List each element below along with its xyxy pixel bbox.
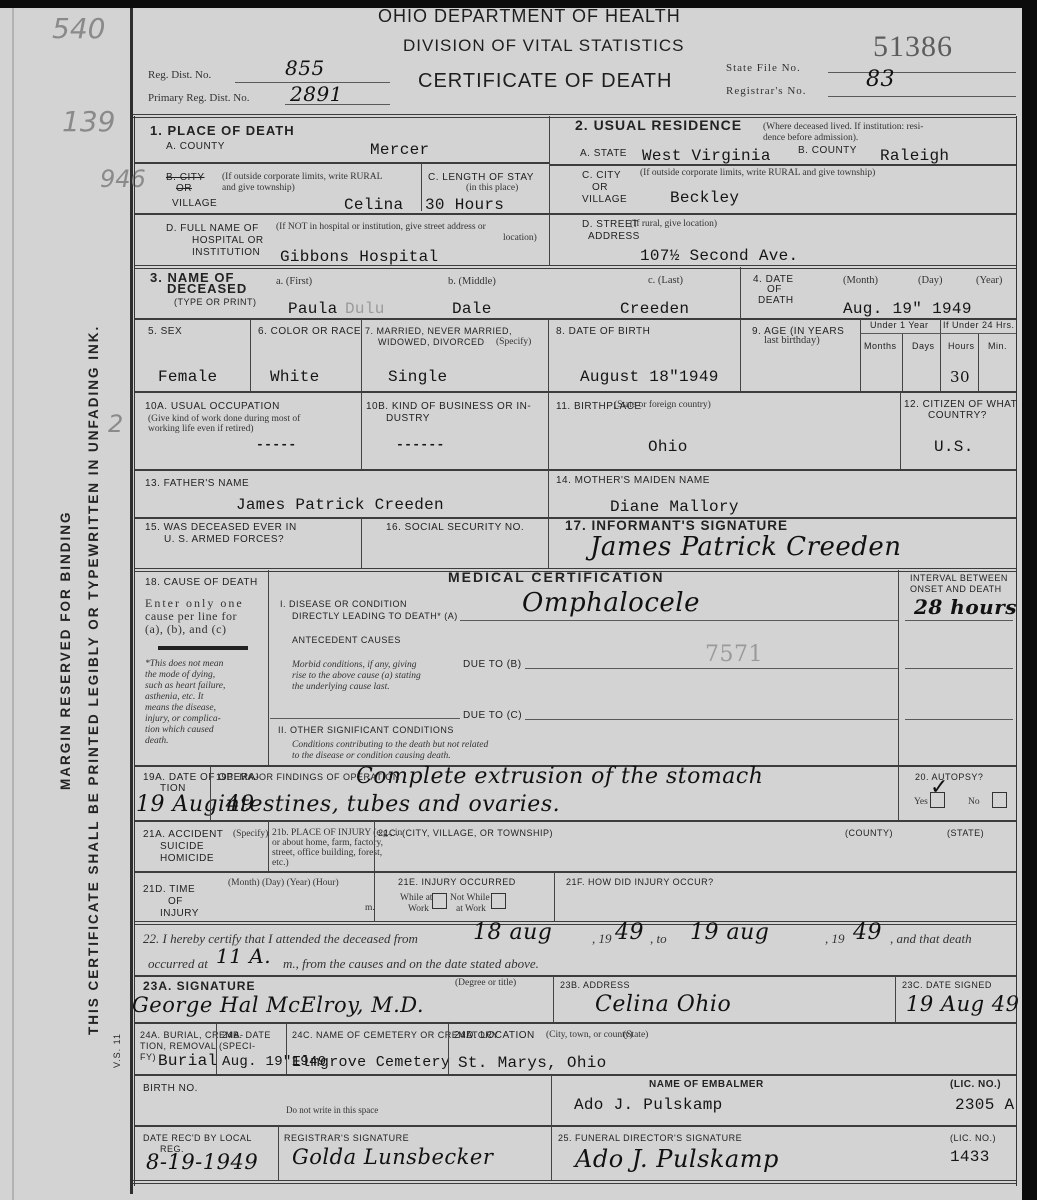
injury-time-columns: (Month) (Day) (Year) (Hour) (228, 878, 339, 888)
signature-label: 23a. SIGNATURE (143, 981, 255, 992)
occupation-note-2: working life even if retired) (148, 424, 254, 434)
accident-specify: (Specify) (233, 829, 268, 839)
footnote-line-7: tion which caused (145, 725, 214, 735)
cause-instr-3: (a), (b), and (c) (145, 624, 226, 634)
due-to-b-label: DUE TO (b) (463, 659, 522, 670)
residence-note-2: dence before admission). (763, 133, 858, 143)
cemetery-value: Elmgrove Cemetery (292, 1054, 450, 1071)
primary-reg-dist-label: Primary Reg. Dist. No. (148, 93, 249, 103)
date-signed-value: 19 Aug 49 (906, 992, 1019, 1016)
death-month-label: (Month) (843, 276, 878, 286)
autopsy-label: 20. AUTOPSY? (915, 772, 983, 783)
days-label: Days (912, 341, 935, 352)
age-label-2: last birthday) (764, 336, 820, 346)
birthplace-note: (State or foreign country) (614, 400, 711, 410)
disease-label-1: I. DISEASE OR CONDITION (280, 599, 407, 610)
pencil-number-4: 2 (108, 410, 123, 438)
interval-label-2: ONSET AND DEATH (910, 584, 1002, 595)
attended-from-year: 49 (615, 920, 644, 945)
divider-bar (158, 646, 248, 650)
while-at-work-checkbox[interactable] (432, 893, 447, 909)
last-name-value: Creeden (620, 300, 689, 318)
page-title: CERTIFICATE OF DEATH (418, 70, 672, 93)
citizen-label-2: COUNTRY? (928, 410, 987, 421)
armed-forces-label-1: 15. WAS DECEASED EVER IN (145, 522, 297, 533)
burial-type-label-3: fy) (140, 1052, 156, 1063)
footnote-line-1: *This does not mean (145, 659, 223, 669)
funeral-director-signature: Ado J. Pulskamp (575, 1145, 779, 1173)
residence-city-value: Beckley (670, 189, 739, 207)
place-of-injury-label-3: street, office building, forest, (272, 848, 382, 858)
attended-from-date: 18 aug (473, 920, 552, 945)
morbid-note-2: rise to the above cause (a) stating (292, 671, 421, 681)
injury-time-m: m. (365, 903, 375, 913)
registrar-number-label: Registrar's No. (726, 86, 807, 96)
primary-reg-dist-value: 2891 (290, 82, 343, 106)
marital-label-1: 7. MARRIED, NEVER MARRIED, (365, 326, 512, 337)
death-time-value: 11 A. (216, 944, 271, 968)
hospital-label-1: d. FULL NAME OF (166, 223, 259, 234)
length-of-stay-value: 30 Hours (425, 196, 504, 214)
burial-type-label-2: TION, REMOVAL (Speci- (140, 1041, 256, 1052)
business-label-1: 10b. KIND OF BUSINESS OR IN- (366, 401, 531, 412)
length-of-stay-label: c. LENGTH OF STAY (428, 172, 534, 183)
accident-label-3: HOMICIDE (160, 853, 214, 864)
autopsy-no-checkbox[interactable] (992, 792, 1007, 808)
first-name-faint: Dulu (345, 300, 385, 318)
race-value: White (270, 368, 320, 386)
accident-label-1: 21a. ACCIDENT (143, 829, 223, 840)
occupation-value: ----- (256, 437, 297, 452)
occupation-note-1: (Give kind of work done during most of (148, 414, 300, 424)
embalmer-value: Ado J. Pulskamp (574, 1096, 723, 1114)
hospital-note-2: location) (503, 233, 537, 243)
header-department: OHIO DEPARTMENT OF HEALTH (378, 6, 681, 27)
village-label: VILLAGE (172, 198, 217, 209)
margin-instruction-text: THIS CERTIFICATE SHALL BE PRINTED LEGIBL… (86, 325, 101, 1035)
injury-city-label: 21c. (CITY, VILLAGE, OR TOWNSHIP) (378, 828, 553, 839)
footnote-line-5: means the disease, (145, 703, 216, 713)
while-at-work-1: While at (400, 893, 432, 903)
business-value: ------ (396, 437, 445, 452)
armed-forces-label-2: U. S. ARMED FORCES? (164, 534, 284, 545)
hours-label: Hours (948, 341, 975, 352)
form-code: V.S. 11 (112, 1033, 122, 1068)
findings-line-1: Complete extrusion of the stomach (356, 764, 763, 789)
address-label: ADDRESS (588, 231, 640, 242)
certify-year-prefix-2: , 19 (825, 934, 845, 944)
antecedent-causes-label: ANTECEDENT CAUSES (292, 635, 401, 646)
hospital-label-2: HOSPITAL OR (192, 235, 264, 246)
cause-of-death-label: 18. CAUSE OF DEATH (145, 577, 258, 588)
sex-value: Female (158, 368, 217, 386)
pencil-number-2: 139 (62, 105, 115, 138)
cause-instr-2: cause per line for (145, 611, 237, 621)
certify-text-4: m., from the causes and on the date stat… (283, 959, 539, 969)
age-hours-value: 30 (950, 368, 970, 386)
birthplace-value: Ohio (648, 438, 688, 456)
injury-time-label-1: 21d. TIME (143, 884, 195, 895)
pencil-number-3: 946 (100, 165, 146, 193)
street-note: (If rural, give location) (630, 219, 717, 229)
reg-dist-label: Reg. Dist. No. (148, 70, 211, 80)
first-name-value: Paula (288, 300, 338, 318)
cause-instr-1: Enter only one (145, 598, 244, 608)
occupation-label: 10a. USUAL OCCUPATION (145, 401, 280, 412)
date-received-label-1: DATE REC'D BY LOCAL (143, 1133, 252, 1144)
father-name-value: James Patrick Creeden (236, 496, 444, 514)
residence-state-label: a. STATE (580, 148, 627, 159)
dob-value: August 18"1949 (580, 368, 719, 386)
not-while-at-work-checkbox[interactable] (491, 893, 506, 909)
embalmer-lic-label: (LIC. NO.) (950, 1079, 1001, 1090)
burial-location-value: St. Marys, Ohio (458, 1054, 607, 1072)
ssn-label: 16. SOCIAL SECURITY NO. (386, 522, 524, 533)
city-note-2: and give township) (222, 183, 295, 193)
margin-binding-text: MARGIN RESERVED FOR BINDING (58, 510, 73, 790)
date-signed-label: 23c. DATE SIGNED (902, 980, 992, 991)
embalmer-label: NAME OF EMBALMER (649, 1079, 764, 1090)
certify-text-1: 22. I hereby certify that I attended the… (143, 934, 418, 944)
funeral-lic-label: (LIC. NO.) (950, 1133, 996, 1144)
degree-label: (Degree or title) (455, 978, 516, 988)
accident-label-2: SUICIDE (160, 841, 204, 852)
date-received-value: 8-19-1949 (146, 1150, 258, 1174)
citizen-value: U.S. (934, 438, 974, 456)
funeral-lic-value: 1433 (950, 1148, 990, 1166)
morbid-note-3: the underlying cause last. (292, 682, 390, 692)
while-at-work-2: Work (408, 904, 429, 914)
date-of-death-label-3: DEATH (758, 295, 794, 306)
birth-no-label: BIRTH NO. (143, 1083, 198, 1094)
footnote-line-8: death. (145, 736, 168, 746)
death-year-label: (Year) (976, 276, 1002, 286)
dob-label: 8. DATE OF BIRTH (556, 326, 650, 337)
marital-label-2: WIDOWED, DIVORCED (378, 337, 485, 348)
burial-type-value: Burial (158, 1052, 217, 1070)
interval-value: 28 hours (914, 595, 1017, 619)
residence-village-label: VILLAGE (582, 194, 627, 205)
middle-name-value: Dale (452, 300, 492, 318)
due-to-c-label: DUE TO (c) (463, 710, 522, 721)
marital-specify: (Specify) (496, 337, 531, 347)
physician-signature: George Hal McElroy, M.D. (132, 993, 424, 1017)
city-label: b. CITY (166, 172, 205, 183)
medical-certification-heading: MEDICAL CERTIFICATION (448, 572, 664, 583)
registrar-signature: Golda Lunsbecker (292, 1145, 493, 1169)
pencil-number-1: 540 (52, 12, 105, 45)
informant-signature-label: 17. INFORMANT'S SIGNATURE (565, 520, 788, 531)
place-of-injury-label-2: or about home, farm, factory, (272, 838, 383, 848)
death-day-label: (Day) (918, 276, 943, 286)
funeral-director-label: 25. FUNERAL DIRECTOR'S SIGNATURE (558, 1133, 742, 1144)
certify-to: , to (650, 934, 667, 944)
certify-text-3: occurred at (148, 959, 208, 969)
city-or-label: OR (176, 183, 192, 194)
injury-time-label-2: OF (168, 896, 183, 907)
footnote-line-4: asthenia, etc. It (145, 692, 204, 702)
county-label: a. COUNTY (166, 141, 225, 152)
burial-location-label: 24d. LOCATION (454, 1030, 535, 1041)
burial-date-label: 24b. DATE (222, 1030, 271, 1041)
informant-signature: James Patrick Creeden (590, 532, 902, 562)
injury-county-label: (COUNTY) (845, 828, 893, 839)
residence-county-label: b. COUNTY (798, 145, 857, 156)
mother-maiden-name-label: 14. MOTHER'S MAIDEN NAME (556, 475, 710, 486)
findings-line-2: intestines, tubes and ovaries. (218, 792, 560, 817)
address-label: 23b. ADDRESS (560, 980, 630, 991)
registrar-signature-label: REGISTRAR'S SIGNATURE (284, 1133, 409, 1144)
burial-state-label: (State) (623, 1030, 648, 1040)
interval-label-1: INTERVAL BETWEEN (910, 573, 1008, 584)
usual-residence-heading: 2. USUAL RESIDENCE (575, 120, 742, 131)
injury-occurred-label: 21e. INJURY OCCURRED (398, 877, 516, 888)
reg-dist-value: 855 (285, 56, 325, 80)
residence-county-value: Raleigh (880, 147, 949, 165)
date-of-death-value: Aug. 19" 1949 (843, 300, 972, 318)
race-label: 6. COLOR OR RACE (258, 326, 361, 337)
attended-to-date: 19 aug (690, 920, 769, 945)
city-note-1: (If outside corporate limits, write RURA… (222, 172, 382, 182)
sex-label: 5. SEX (148, 326, 182, 337)
state-file-label: State File No. (726, 63, 801, 73)
other-conditions-label: II. OTHER SIGNIFICANT CONDITIONS (278, 725, 454, 736)
faint-number: 7571 (705, 642, 763, 667)
residence-city-note: (If outside corporate limits, write RURA… (640, 168, 875, 178)
name-heading-3: (TYPE OR PRINT) (174, 297, 257, 308)
residence-note-1: (Where deceased lived. If institution: r… (763, 122, 923, 132)
disease-label-2: DIRECTLY LEADING TO DEATH* (a) (292, 611, 458, 622)
place-of-injury-label-4: etc.) (272, 858, 289, 868)
do-not-write-note: Do not write in this space (286, 1105, 378, 1115)
injury-time-label-3: INJURY (160, 908, 199, 919)
autopsy-yes-label: Yes (914, 797, 928, 807)
residence-city-label: c. CITY (582, 170, 621, 181)
footnote-line-2: the mode of dying, (145, 670, 215, 680)
under-24-hrs-label: If Under 24 Hrs. (943, 320, 1015, 331)
hospital-note-1: (If NOT in hospital or institution, give… (276, 222, 486, 232)
business-label-2: DUSTRY (386, 413, 430, 424)
death-city-value: Celina (344, 196, 403, 214)
footnote-line-3: such as heart failure, (145, 681, 225, 691)
mother-maiden-name-value: Diane Mallory (610, 498, 739, 516)
how-injury-occur-label: 21f. HOW DID INJURY OCCUR? (566, 877, 714, 888)
under-1-year-label: Under 1 Year (870, 320, 929, 331)
certify-text-2: , and that death (890, 934, 972, 944)
attended-to-year: 49 (853, 920, 882, 945)
place-of-death-heading: 1. PLACE OF DEATH (150, 125, 295, 136)
header-division: DIVISION OF VITAL STATISTICS (403, 36, 684, 56)
autopsy-no-label: No (968, 797, 980, 807)
first-name-label: a. (First) (276, 277, 312, 287)
not-while-at-work-2: at Work (456, 904, 486, 914)
burial-location-note: (City, town, or county) (546, 1030, 633, 1040)
date-of-death-label-2: OF (767, 284, 782, 295)
physician-address: Celina Ohio (595, 992, 731, 1017)
binding-edge (12, 8, 14, 1200)
disease-value: Omphalocele (522, 588, 700, 618)
death-county-value: Mercer (370, 141, 429, 159)
length-of-stay-note: (in this place) (466, 183, 518, 193)
registrar-number-value: 83 (866, 67, 895, 92)
name-heading-2: DECEASED (167, 283, 247, 294)
citizen-label-1: 12. CITIZEN OF WHAT (904, 399, 1017, 410)
not-while-at-work-1: Not While (450, 893, 490, 903)
footnote-line-6: injury, or complica- (145, 714, 221, 724)
certify-year-prefix-1: , 19 (592, 934, 612, 944)
autopsy-checkmark-icon: ✓ (930, 775, 949, 800)
last-name-label: c. (Last) (648, 276, 683, 286)
marital-value: Single (388, 368, 447, 386)
middle-name-label: b. (Middle) (448, 277, 496, 287)
residence-or-label: OR (592, 182, 608, 193)
father-name-label: 13. FATHER'S NAME (145, 478, 249, 489)
hospital-value: Gibbons Hospital (280, 248, 438, 266)
other-note-2: to the disease or condition causing deat… (292, 751, 451, 761)
residence-state-value: West Virginia (642, 147, 771, 165)
morbid-note-1: Morbid conditions, if any, giving (292, 660, 417, 670)
min-label: Min. (988, 341, 1007, 352)
state-file-stamp: 51386 (873, 30, 953, 64)
embalmer-lic-value: 2305 A (955, 1096, 1014, 1114)
street-value: 107½ Second Ave. (640, 247, 798, 265)
months-label: Months (864, 341, 897, 352)
hospital-label-3: INSTITUTION (192, 247, 260, 258)
injury-state-label: (STATE) (947, 828, 984, 839)
other-note-1: Conditions contributing to the death but… (292, 740, 488, 750)
